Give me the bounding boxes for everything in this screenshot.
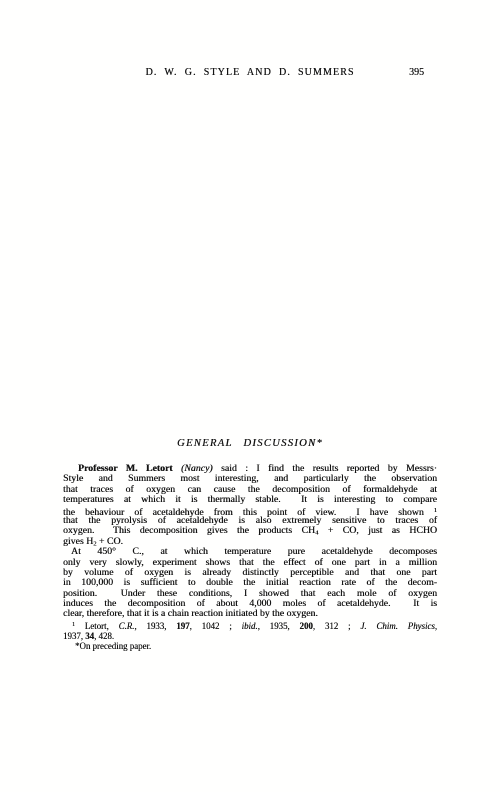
scanned-journal-page: D. W. G. STYLE AND D. SUMMERS 395 GENERA… xyxy=(0,0,500,792)
text-run: 1937, xyxy=(63,631,85,641)
text-run: that the pyrolysis of acetaldehyde is al… xyxy=(63,515,437,526)
ibid-abbrev: ibid. xyxy=(242,621,258,631)
text-run: , 1933, xyxy=(134,621,176,631)
text-run: , 428. xyxy=(94,631,114,641)
text-run: , 312 ; xyxy=(313,621,361,631)
text-run: , 1042 ; xyxy=(190,621,242,631)
speaker-name: Professor M. Letort xyxy=(78,463,181,474)
text-run: induces the decomposition of about 4,000… xyxy=(63,598,437,609)
text-run: At 450° C., at which temperature pure ac… xyxy=(71,546,437,557)
footnote-asterisk-line: *On preceding paper. xyxy=(63,641,437,652)
text-run: that traces of oxygen can cause the deco… xyxy=(63,484,437,495)
running-header: D. W. G. STYLE AND D. SUMMERS 395 xyxy=(63,67,437,80)
text-run: , 1935, xyxy=(258,621,300,631)
volume-number: 197 xyxy=(176,621,189,631)
journal-name: J. Chim. Physics xyxy=(360,621,434,631)
text-run: temperatures at which it is thermally st… xyxy=(63,494,437,505)
text-run: in 100,000 is sufficient to double the i… xyxy=(63,577,437,588)
journal-abbrev: C.R. xyxy=(119,621,135,631)
page-number: 395 xyxy=(409,67,424,78)
text-line-4: temperatures at which it is thermally st… xyxy=(63,495,437,505)
running-header-authors: D. W. G. STYLE AND D. SUMMERS xyxy=(63,67,437,78)
text-run: *On preceding paper. xyxy=(75,641,151,651)
footnote-citation-line-1: 1 Letort, C.R., 1933, 197, 1042 ; ibid.,… xyxy=(63,620,437,631)
text-run: position. Under these conditions, I show… xyxy=(63,588,437,599)
text-run: + CO. xyxy=(96,536,122,547)
text-run: clear, therefore, that it is a chain rea… xyxy=(63,608,318,619)
text-run: gives H xyxy=(63,536,93,547)
footnotes: 1 Letort, C.R., 1933, 197, 1042 ; ibid.,… xyxy=(63,620,437,652)
volume-number: 200 xyxy=(300,621,313,631)
footnote-citation-line-2: 1937, 34, 428. xyxy=(63,631,437,642)
volume-number: 34 xyxy=(85,631,94,641)
text-line-15: clear, therefore, that it is a chain rea… xyxy=(63,609,437,619)
speaker-affiliation: (Nancy) xyxy=(181,463,213,474)
text-run: Style and Summers most interesting, and … xyxy=(63,473,437,484)
text-run: + CO, just as HCHO xyxy=(318,525,437,536)
text-run: only very slowly, experiment shows that … xyxy=(63,557,437,568)
text-run: said : I find the results reported by Me… xyxy=(213,463,437,474)
text-run: by volume of oxygen is already distinctl… xyxy=(63,567,437,578)
footnote-reference-mark: 1 xyxy=(434,507,437,514)
discussion-body: Professor M. Letort (Nancy) said : I fin… xyxy=(63,464,437,620)
text-run: oxygen. This decomposition gives the pro… xyxy=(63,525,315,536)
text-run: , xyxy=(435,621,437,631)
section-title: GENERAL DISCUSSION* xyxy=(0,438,500,449)
